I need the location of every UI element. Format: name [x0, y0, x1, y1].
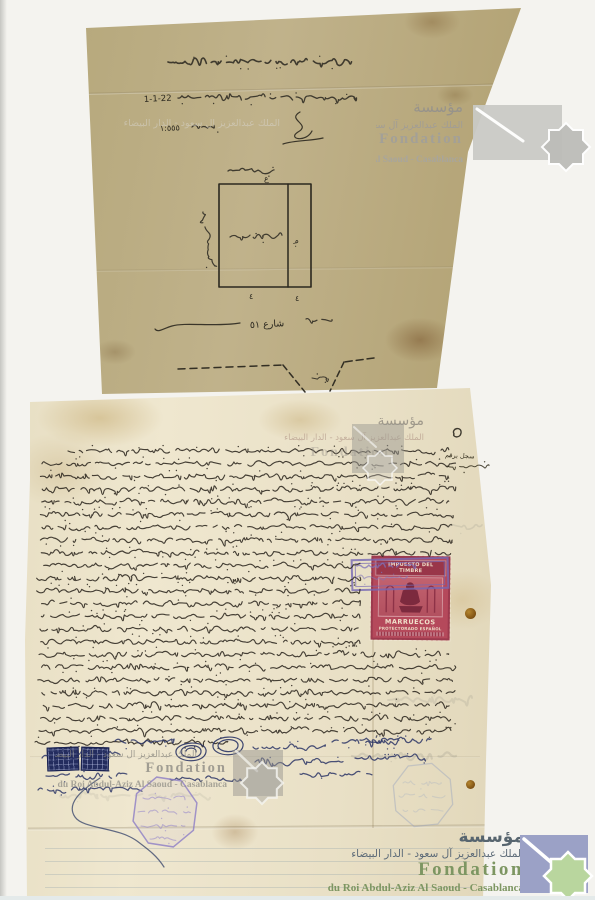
foundation-logo-square [473, 105, 562, 160]
crease-line [28, 824, 486, 830]
revenue-stamp-subtitle: PROTECTORADO ESPAÑOL [375, 626, 446, 632]
wax-spot [466, 780, 475, 789]
scanned-archive-page: IMPUESTO DEL TIMBRE MARRUECOS PROTECTORA… [0, 0, 595, 900]
ruled-line [45, 887, 470, 888]
wax-spot [465, 608, 476, 619]
square-seal-impression [81, 747, 110, 772]
square-seal-impression [47, 746, 80, 771]
crease-line [95, 266, 455, 272]
cancel-stamp-frame [351, 557, 450, 592]
ruled-line [45, 874, 470, 875]
scanner-edge [0, 0, 7, 900]
ruled-line [45, 861, 470, 862]
ruled-line [45, 848, 470, 849]
foundation-logo-square [520, 835, 588, 893]
stamp-microtext-band [377, 632, 444, 637]
scanner-edge [0, 896, 595, 900]
crease-line [88, 83, 514, 95]
